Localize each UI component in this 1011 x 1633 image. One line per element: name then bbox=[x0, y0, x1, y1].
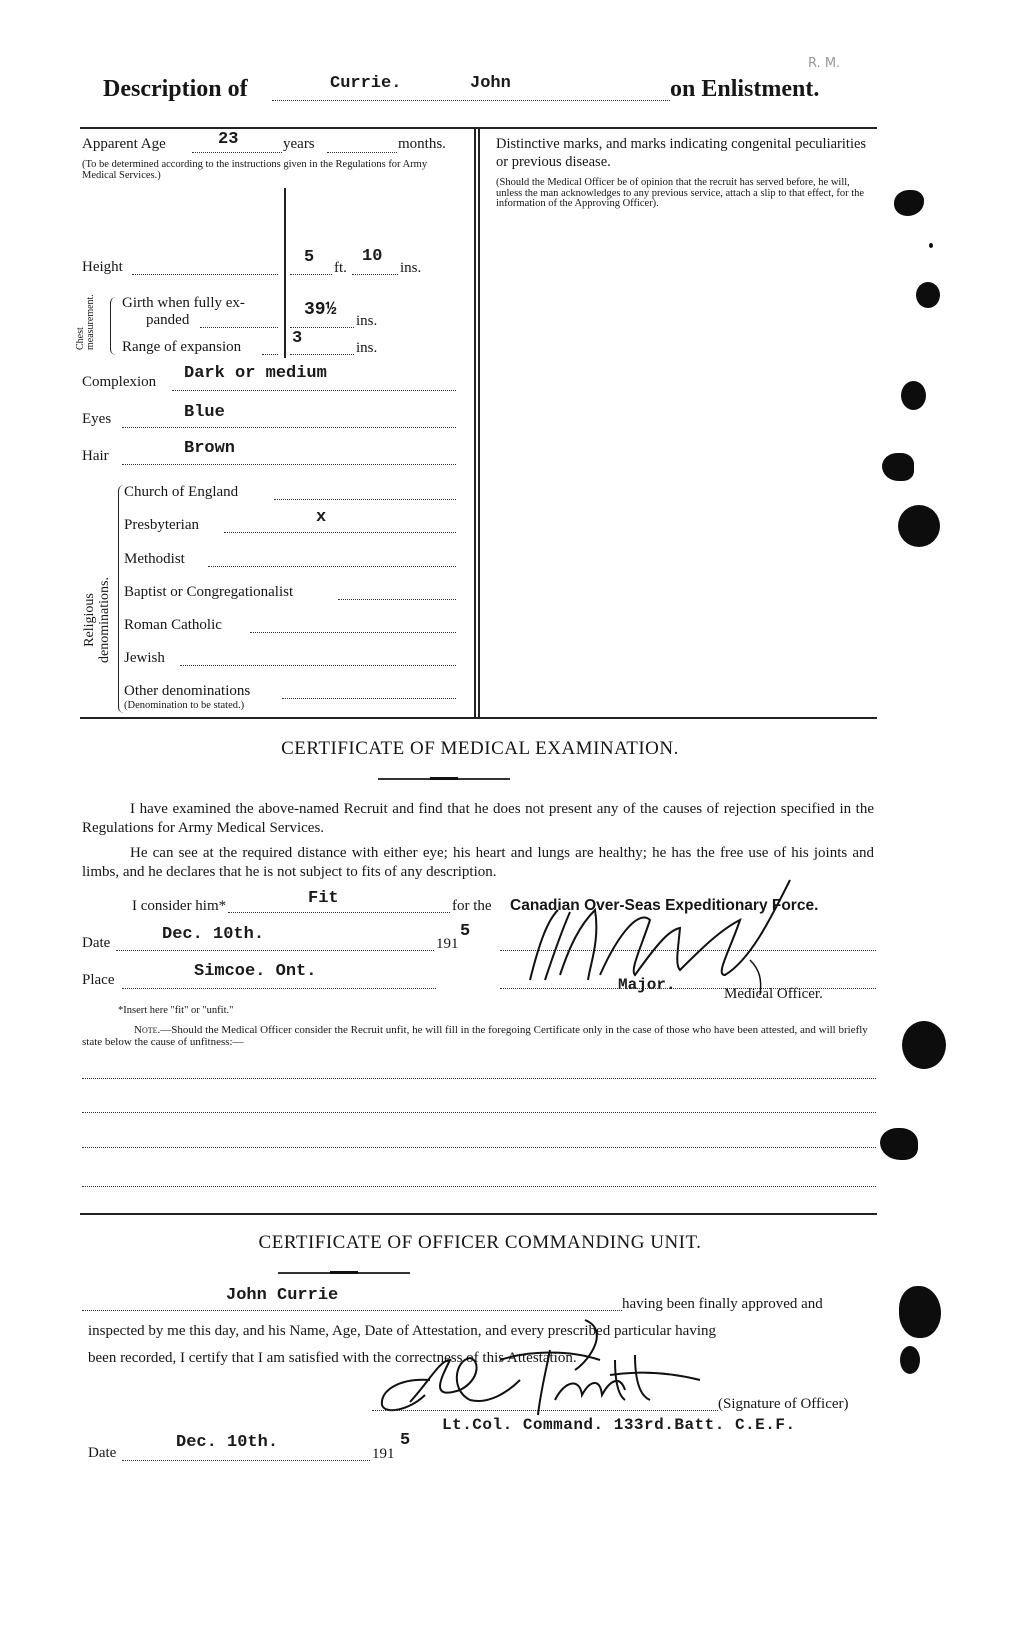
place-line bbox=[122, 988, 436, 989]
religion-group-label: Religious denominations. bbox=[82, 550, 112, 690]
religion-roman-catholic: Roman Catholic bbox=[124, 617, 222, 634]
surname-field: Currie. bbox=[330, 74, 401, 93]
girth-label-2: panded bbox=[146, 312, 189, 329]
girth-line bbox=[290, 327, 354, 328]
commanding-certificate-title: CERTIFICATE OF OFFICER COMMANDING UNIT. bbox=[0, 1232, 960, 1254]
medical-date-value: Dec. 10th. bbox=[162, 925, 264, 944]
religion-baptist: Baptist or Congregationalist bbox=[124, 584, 293, 601]
complexion-value: Dark or medium bbox=[184, 364, 327, 383]
in-line bbox=[352, 274, 398, 275]
religion-line-3 bbox=[338, 599, 456, 600]
commanding-officer-signature bbox=[370, 1320, 710, 1420]
fitness-value: Fit bbox=[308, 889, 339, 908]
approval-text: having been finally approved and bbox=[622, 1295, 823, 1314]
ink-blot bbox=[898, 505, 940, 547]
medical-date-label: Date bbox=[82, 935, 110, 952]
range-value: 3 bbox=[292, 329, 302, 348]
girth-label-line bbox=[200, 327, 278, 328]
chest-group-label: Chest measurement. bbox=[76, 290, 96, 350]
place-value: Simcoe. Ont. bbox=[194, 962, 316, 981]
complexion-label: Complexion bbox=[82, 374, 156, 391]
medical-bottom-rule bbox=[80, 1213, 877, 1215]
ink-blot bbox=[894, 190, 924, 216]
range-ins: ins. bbox=[356, 340, 377, 357]
religion-line-0 bbox=[274, 499, 456, 500]
left-inner-divider bbox=[284, 188, 286, 358]
girth-value: 39½ bbox=[304, 300, 336, 320]
medical-year-prefix: 191 bbox=[436, 936, 459, 953]
eyes-label: Eyes bbox=[82, 411, 111, 428]
unfitness-note: Note.—Should the Medical Officer conside… bbox=[82, 1024, 876, 1048]
ft-line bbox=[290, 274, 332, 275]
commanding-title-rule-bold bbox=[330, 1271, 358, 1274]
consider-line bbox=[228, 912, 450, 913]
eyes-line bbox=[122, 427, 456, 428]
officer-signature-line bbox=[372, 1410, 718, 1411]
complexion-line bbox=[172, 390, 456, 391]
header-prefix: Description of bbox=[103, 76, 248, 103]
medical-officer-signature bbox=[500, 880, 820, 1000]
column-divider-a bbox=[474, 129, 476, 717]
ink-blot bbox=[880, 1128, 918, 1160]
eyes-value: Blue bbox=[184, 403, 225, 422]
height-ft-value: 5 bbox=[304, 248, 314, 267]
religion-methodist: Methodist bbox=[124, 551, 185, 568]
signature-of-officer-label: (Signature of Officer) bbox=[718, 1395, 849, 1414]
recruit-name-line bbox=[82, 1310, 622, 1311]
recruit-name-value: John Currie bbox=[226, 1286, 338, 1305]
apparent-age-label: Apparent Age bbox=[82, 136, 166, 153]
hair-value: Brown bbox=[184, 439, 235, 458]
medical-paragraph-2: He can see at the required distance with… bbox=[82, 844, 874, 882]
religion-presbyterian: Presbyterian bbox=[124, 517, 199, 534]
column-divider-b bbox=[478, 129, 480, 717]
commanding-date-label: Date bbox=[88, 1445, 116, 1462]
height-in-value: 10 bbox=[362, 247, 382, 266]
ink-blot bbox=[899, 1286, 941, 1338]
ink-blot bbox=[902, 1021, 946, 1069]
unfitness-line-1 bbox=[82, 1078, 876, 1079]
commanding-officer-title: Lt.Col. Command. 133rd.Batt. C.E.F. bbox=[442, 1416, 796, 1434]
medical-date-line bbox=[116, 950, 434, 951]
given-name-field: John bbox=[470, 74, 511, 93]
denomination-note: (Denomination to be stated.) bbox=[124, 700, 244, 711]
medical-title-rule-bold bbox=[430, 777, 458, 780]
height-label: Height bbox=[82, 259, 123, 276]
commanding-year-digit: 5 bbox=[400, 1431, 410, 1450]
religion-jewish: Jewish bbox=[124, 650, 165, 667]
ink-blot bbox=[916, 282, 940, 308]
religion-line-6 bbox=[282, 698, 456, 699]
height-label-line bbox=[132, 274, 278, 275]
medical-certificate-title: CERTIFICATE OF MEDICAL EXAMINATION. bbox=[0, 738, 960, 760]
unfitness-line-2 bbox=[82, 1112, 876, 1113]
hair-line bbox=[122, 464, 456, 465]
religion-other: Other denominations bbox=[124, 683, 250, 700]
ink-blot bbox=[882, 453, 914, 481]
range-label: Range of expansion bbox=[122, 339, 241, 356]
months-line bbox=[327, 152, 397, 153]
range-line bbox=[290, 354, 354, 355]
age-line bbox=[192, 152, 282, 153]
ink-blot bbox=[900, 1346, 920, 1374]
hair-label: Hair bbox=[82, 448, 109, 465]
religion-line-1 bbox=[224, 532, 456, 533]
ins-label: ins. bbox=[400, 260, 421, 277]
unfitness-line-3 bbox=[82, 1147, 876, 1148]
religion-line-2 bbox=[208, 566, 456, 567]
months-label: months. bbox=[398, 136, 446, 153]
girth-label-1: Girth when fully ex- bbox=[122, 295, 245, 312]
ft-label: ft. bbox=[334, 260, 347, 277]
religion-line-5 bbox=[180, 665, 456, 666]
commanding-date-line bbox=[122, 1460, 370, 1461]
consider-label: I consider him* bbox=[132, 898, 226, 915]
medical-year-digit: 5 bbox=[460, 922, 470, 941]
girth-ins: ins. bbox=[356, 313, 377, 330]
unfitness-line-4 bbox=[82, 1186, 876, 1187]
range-label-line bbox=[262, 354, 278, 355]
commanding-date-value: Dec. 10th. bbox=[176, 1433, 278, 1452]
religion-church-of-england: Church of England bbox=[124, 484, 238, 501]
ink-blot bbox=[929, 243, 933, 248]
corner-stamp: R. M. bbox=[808, 56, 840, 71]
description-bottom-rule bbox=[80, 717, 877, 719]
distinctive-marks-heading: Distinctive marks, and marks indicating … bbox=[496, 135, 876, 171]
insert-note: *Insert here "fit" or "unfit." bbox=[118, 1005, 233, 1016]
commanding-year-prefix: 191 bbox=[372, 1446, 395, 1463]
note-label: Note. bbox=[134, 1024, 160, 1036]
religion-line-4 bbox=[250, 632, 456, 633]
chest-brace bbox=[110, 297, 117, 355]
ink-blot bbox=[901, 381, 926, 410]
years-label: years bbox=[283, 136, 315, 153]
medical-paragraph-1: I have examined the above-named Recruit … bbox=[82, 800, 874, 838]
header-suffix: on Enlistment. bbox=[670, 76, 819, 103]
apparent-age-value: 23 bbox=[218, 130, 238, 149]
force-prefix: for the bbox=[452, 898, 492, 915]
header-name-line bbox=[272, 100, 670, 101]
religion-presbyterian-mark: x bbox=[316, 508, 326, 527]
note-text: —Should the Medical Officer consider the… bbox=[82, 1024, 868, 1048]
distinctive-marks-note: (Should the Medical Officer be of opinio… bbox=[496, 178, 876, 210]
age-note: (To be determined according to the instr… bbox=[82, 159, 460, 181]
place-label: Place bbox=[82, 972, 114, 989]
